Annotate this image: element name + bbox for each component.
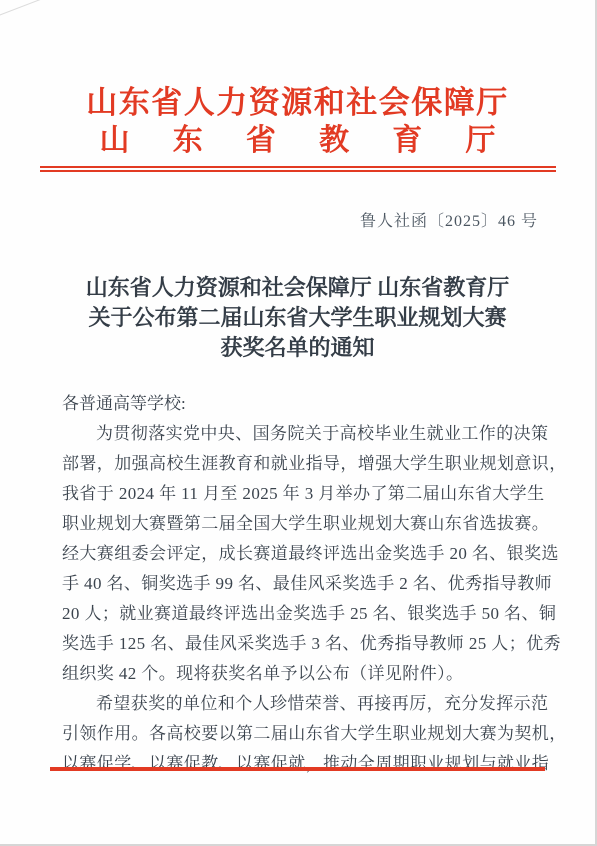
body-line: 我省于 2024 年 11 月至 2025 年 3 月举办了第二届山东省大学生 xyxy=(62,479,545,509)
body-line: 以赛促学、以赛促教、以赛促就，推动全周期职业规划与就业指 xyxy=(62,749,545,779)
notice-title-line3: 获奖名单的通知 xyxy=(0,333,595,363)
agency-name-line1: 山东省人力资源和社会保障厅 xyxy=(0,84,595,122)
body-line: 组织奖 42 个。现将获奖名单予以公布（详见附件）。 xyxy=(62,659,545,689)
body-line: 希望获奖的单位和个人珍惜荣誉、再接再厉，充分发挥示范 xyxy=(62,689,545,719)
body-line: 经大赛组委会评定，成长赛道最终评选出金奖选手 20 名、银奖选 xyxy=(62,539,545,569)
notice-title: 山东省人力资源和社会保障厅 山东省教育厅 关于公布第二届山东省大学生职业规划大赛… xyxy=(0,273,595,363)
body-line: 部署，加强高校生涯教育和就业指导，增强大学生职业规划意识， xyxy=(62,449,545,479)
body-line: 20 人；就业赛道最终评选出金奖选手 25 名、银奖选手 50 名、铜 xyxy=(62,599,545,629)
agency-name-line2: 山东省教育厅 xyxy=(100,123,496,159)
footer-red-divider xyxy=(50,767,545,771)
notice-body: 为贯彻落实党中央、国务院关于高校毕业生就业工作的决策 部署，加强高校生涯教育和就… xyxy=(62,419,545,779)
notice-title-line2: 关于公布第二届山东省大学生职业规划大赛 xyxy=(0,303,595,333)
body-line: 手 40 名、铜奖选手 99 名、最佳风采奖选手 2 名、优秀指导教师 xyxy=(62,569,545,599)
body-line: 奖选手 125 名、最佳风采奖选手 3 名、优秀指导教师 25 人；优秀 xyxy=(62,629,545,659)
document-page: 山东省人力资源和社会保障厅 山东省教育厅 鲁人社函〔2025〕46 号 山东省人… xyxy=(0,0,597,846)
scan-edge-artifact xyxy=(0,0,80,17)
body-line: 职业规划大赛暨第二届全国大学生职业规划大赛山东省选拔赛。 xyxy=(62,509,545,539)
salutation: 各普通高等学校: xyxy=(62,389,595,419)
notice-title-line1: 山东省人力资源和社会保障厅 山东省教育厅 xyxy=(0,273,595,303)
body-line: 引领作用。各高校要以第二届山东省大学生职业规划大赛为契机， xyxy=(62,719,545,749)
body-line: 为贯彻落实党中央、国务院关于高校毕业生就业工作的决策 xyxy=(62,419,545,449)
header-red-divider xyxy=(40,166,556,172)
document-number: 鲁人社函〔2025〕46 号 xyxy=(0,208,595,231)
